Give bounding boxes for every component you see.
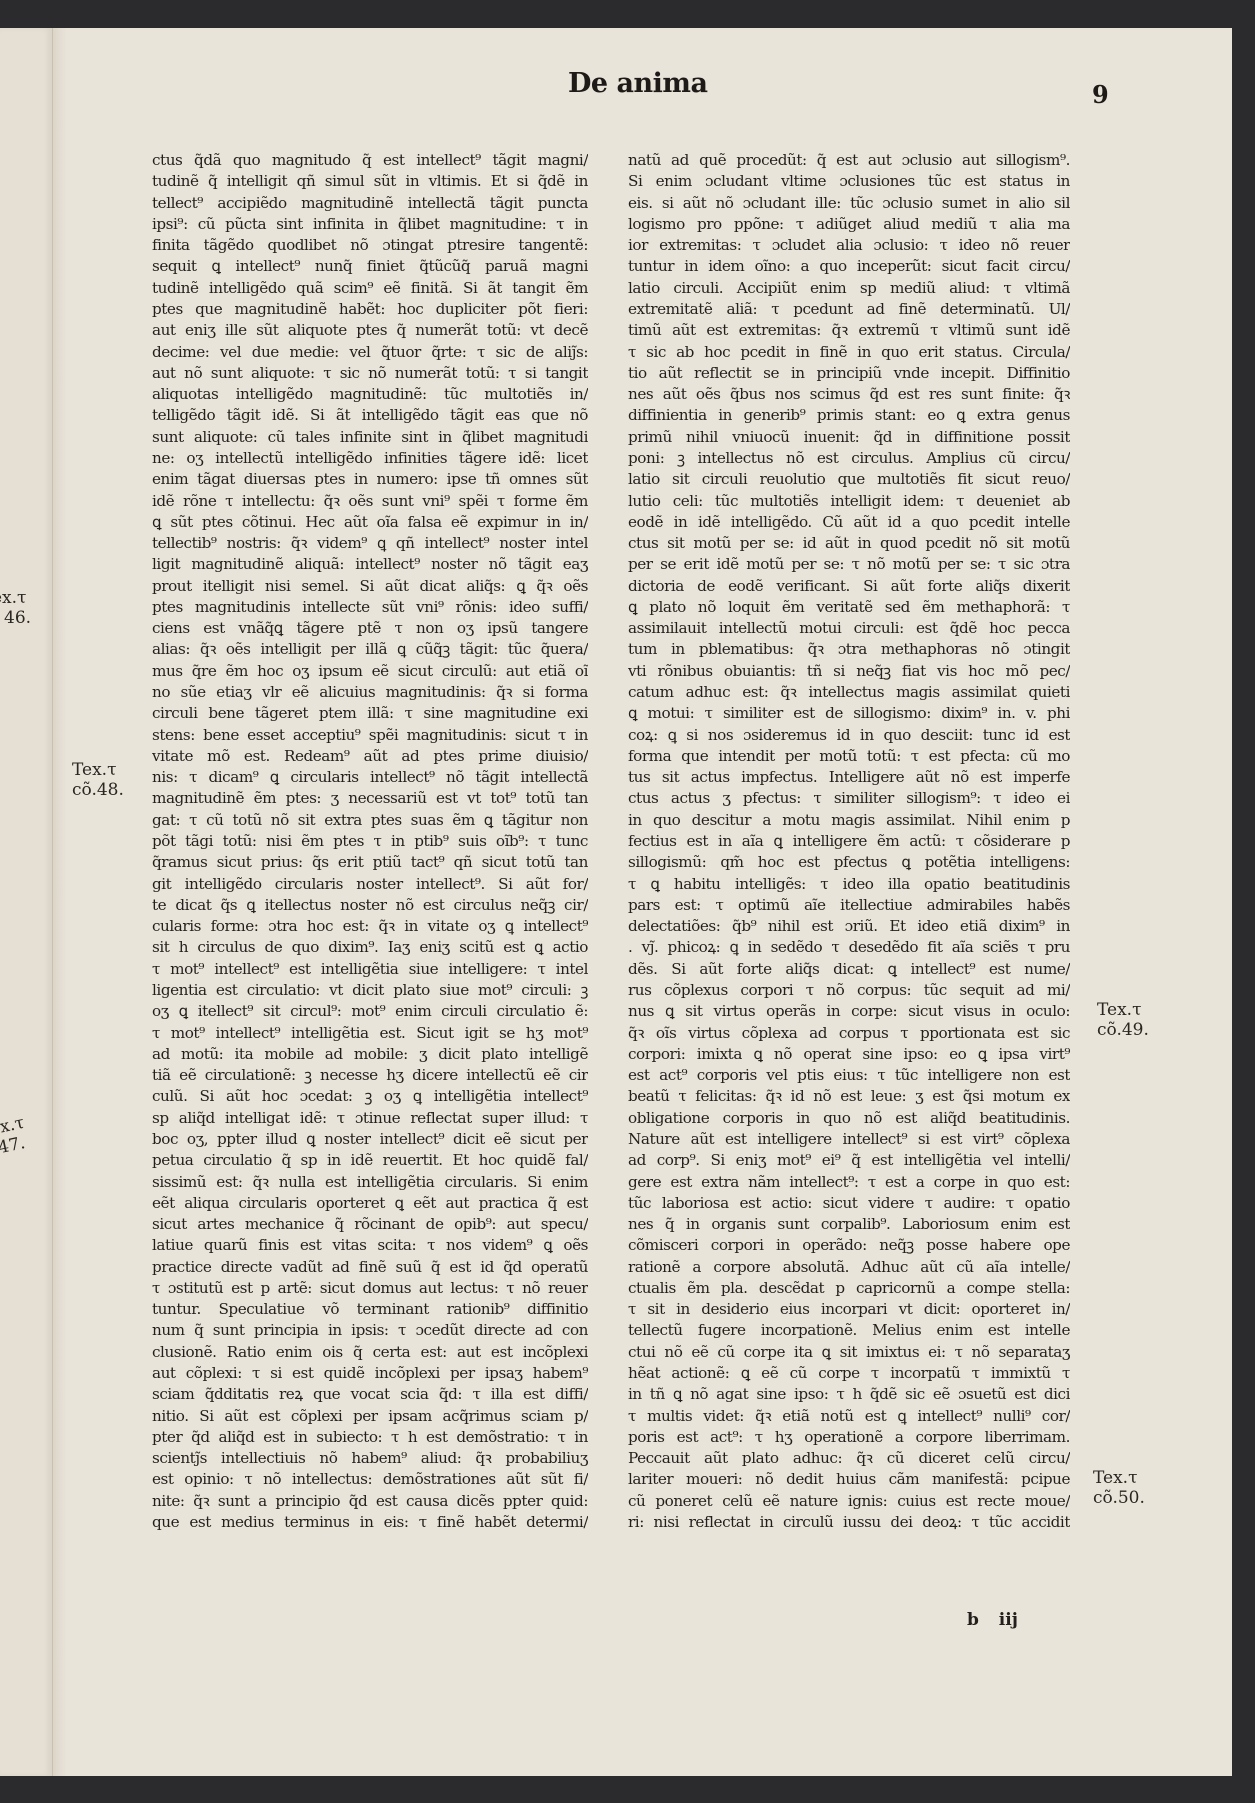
text-line: circuli bene tãgeret ptem illã: τ sine m…: [152, 703, 588, 724]
text-line: boc oʒ, ppter illud ꝗ noster intellect⁹ …: [152, 1129, 588, 1150]
text-line: τ ɔstitutũ est p artẽ: sicut domus aut l…: [152, 1278, 588, 1299]
text-line: nes aũt oẽs q̃bus nos scimus q̃d est res…: [628, 384, 1070, 405]
text-line: Nature aũt est intelligere intellect⁹ si…: [628, 1129, 1070, 1150]
text-line: vti rõnibus obuiantis: tñ si neq̃ꝫ fiat …: [628, 661, 1070, 682]
text-line: cũ poneret celũ eẽ nature ignis: cuius e…: [628, 1491, 1070, 1512]
text-line: tudinẽ intelligẽdo quã scim⁹ eẽ finitã. …: [152, 278, 588, 299]
text-line: cõmisceri corpori in operãdo: neq̃ꝫ poss…: [628, 1235, 1070, 1256]
text-line: hẽat actionẽ: ꝗ eẽ cũ corpe τ incorpatũ …: [628, 1363, 1070, 1384]
text-column-left: ctus q̃dã quo magnitudo q̃ est intellect…: [152, 150, 588, 1533]
text-line: primũ nihil vniuocũ inuenit: q̃d in diff…: [628, 427, 1070, 448]
text-line: cularis forme: ɔtra hoc est: q̃ꝛ in vita…: [152, 916, 588, 937]
text-line: ꝗ plato nõ loquit ẽm veritatẽ sed ẽm met…: [628, 597, 1070, 618]
text-line: rationẽ a corpore absolutã. Adhuc aũt cũ…: [628, 1257, 1070, 1278]
text-line: ligentia est circulatio: vt dicit plato …: [152, 980, 588, 1001]
text-line: ciens est vnãq̃ꝗ tãgere ptẽ τ non oʒ ips…: [152, 618, 588, 639]
text-line: num q̃ sunt principia in ipsis: τ ɔcedũt…: [152, 1320, 588, 1341]
text-line: prout itelligit nisi semel. Si aũt dicat…: [152, 576, 588, 597]
text-line: delectatiões: q̃b⁹ nihil est ɔriũ. Et id…: [628, 916, 1070, 937]
text-line: timũ aũt est extremitas: q̃ꝛ extremũ τ v…: [628, 320, 1070, 341]
text-line: tio aũt reflectit se in principiũ vnde i…: [628, 363, 1070, 384]
text-line: clusionẽ. Ratio enim ois q̃ certa est: a…: [152, 1342, 588, 1363]
text-line: lutio celi: tũc multotiẽs intelligit ide…: [628, 491, 1070, 512]
text-line: assimilauit intellectũ motui circuli: es…: [628, 618, 1070, 639]
text-line: in quo descitur a motu magis assimilat. …: [628, 810, 1070, 831]
text-line: tellectũ fugere incorpationẽ. Melius eni…: [628, 1320, 1070, 1341]
text-line: catum adhuc est: q̃ꝛ intellectus magis a…: [628, 682, 1070, 703]
text-line: ctui nõ eẽ cũ corpe ita ꝗ sit imixtus ei…: [628, 1342, 1070, 1363]
text-line: lariter moueri: nõ dedit huius cãm manif…: [628, 1469, 1070, 1490]
text-line: τ sit in desiderio eius incorpari vt dic…: [628, 1299, 1070, 1320]
text-line: ad corp⁹. Si eniʒ mot⁹ ei⁹ q̃ est intell…: [628, 1150, 1070, 1171]
text-line: telligẽdo tãgit idẽ. Si ãt intelligẽdo t…: [152, 405, 588, 426]
text-line: eis. si aũt nõ ɔcludant ille: tũc ɔclusi…: [628, 193, 1070, 214]
text-line: ꝗ sũt ptes cõtinui. Hec aũt oĩa falsa eẽ…: [152, 512, 588, 533]
text-line: ligit magnitudinẽ aliquã: intellect⁹ nos…: [152, 554, 588, 575]
text-line: nes q̃ in organis sunt corpalib⁹. Labori…: [628, 1214, 1070, 1235]
text-line: tellect⁹ accipiẽdo magnitudinẽ intellect…: [152, 193, 588, 214]
text-line: tum in pblematibus: q̃ꝛ ɔtra methaphoras…: [628, 639, 1070, 660]
text-line: fectius est in aĩa ꝗ intelligere ẽm actũ…: [628, 831, 1070, 852]
text-line: sillogismũ: qm̃ hoc est pfectus ꝗ potẽti…: [628, 852, 1070, 873]
text-line: nite: q̃ꝛ sunt a principio q̃d est causa…: [152, 1491, 588, 1512]
text-line: enim tãgat diuersas ptes in numero: ipse…: [152, 469, 588, 490]
text-line: git intelligẽdo circularis noster intell…: [152, 874, 588, 895]
text-line: τ mot⁹ intellect⁹ intelligẽtia est. Sicu…: [152, 1023, 588, 1044]
text-line: diffinientia in generib⁹ primis stant: e…: [628, 405, 1070, 426]
text-line: mus q̃re ẽm hoc oʒ ipsum eẽ sicut circul…: [152, 661, 588, 682]
text-line: sciam q̃dditatis reꝝ que vocat scia q̃d:…: [152, 1384, 588, 1405]
text-line: nis: τ dicam⁹ ꝗ circularis intellect⁹ nõ…: [152, 767, 588, 788]
text-line: est act⁹ corporis vel ptis eius: τ tũc i…: [628, 1065, 1070, 1086]
text-line: ctus actus ʒ pfectus: τ similiter sillog…: [628, 788, 1070, 809]
text-line: q̃ꝛ oĩs virtus cõplexa ad corpus τ pport…: [628, 1023, 1070, 1044]
text-line: sicut artes mechanice q̃ rõcinant de opi…: [152, 1214, 588, 1235]
text-line: beatũ τ felicitas: q̃ꝛ id nõ est leue: ʒ…: [628, 1086, 1070, 1107]
text-line: corpori: imixta ꝗ nõ operat sine ipso: e…: [628, 1044, 1070, 1065]
text-line: idẽ rõne τ intellectu: q̃ꝛ oẽs sunt vni⁹…: [152, 491, 588, 512]
text-line: natũ ad quẽ procedũt: q̃ est aut ɔclusio…: [628, 150, 1070, 171]
text-line: tudinẽ q̃ intelligit qñ simul sũt in vlt…: [152, 171, 588, 192]
text-line: forma que intendit per motũ totũ: τ est …: [628, 746, 1070, 767]
text-line: culũ. Si aũt hoc ɔcedat: ꝫ oʒ ꝗ intellig…: [152, 1086, 588, 1107]
text-line: gere est extra nãm intellect⁹: τ est a c…: [628, 1172, 1070, 1193]
text-line: magnitudinẽ ẽm ptes: ʒ necessariũ est vt…: [152, 788, 588, 809]
margin-note-text-48: Tex.τ cõ.48.: [72, 760, 124, 800]
text-line: eẽt aliqua circularis oporteret ꝗ eẽt au…: [152, 1193, 588, 1214]
text-line: logismo pro ppõne: τ adiũget aliud mediũ…: [628, 214, 1070, 235]
folio-number: 9: [1092, 80, 1109, 109]
text-line: coꝝ: ꝗ si nos ɔsideremus id in quo desci…: [628, 725, 1070, 746]
text-line: aut nõ sunt aliquote: τ sic nõ numerãt t…: [152, 363, 588, 384]
text-line: ad motũ: ita mobile ad mobile: ʒ dicit p…: [152, 1044, 588, 1065]
text-line: ꝗ motui: τ similiter est de sillogismo: …: [628, 703, 1070, 724]
margin-note-text-50: Tex.τ cõ.50.: [1093, 1468, 1145, 1508]
text-line: ctus q̃dã quo magnitudo q̃ est intellect…: [152, 150, 588, 171]
text-line: obligatione corporis in quo nõ est aliq̃…: [628, 1108, 1070, 1129]
text-line: ri: nisi reflectat in circulũ iussu dei …: [628, 1512, 1070, 1533]
text-line: latiue quarũ finis est vitas scita: τ no…: [152, 1235, 588, 1256]
running-head: De anima: [568, 68, 707, 99]
text-line: tũc laboriosa est actio: sicut videre τ …: [628, 1193, 1070, 1214]
text-line: scientȷ̃s intellectiuis nõ habem⁹ aliud:…: [152, 1448, 588, 1469]
text-line: ctualis ẽm pla. descẽdat p capricornũ a …: [628, 1278, 1070, 1299]
text-line: rus cõplexus corpori τ nõ corpus: tũc se…: [628, 980, 1070, 1001]
text-line: decime: vel due medie: vel q̃tuor q̃rte:…: [152, 342, 588, 363]
text-line: poris est act⁹: τ hʒ operationẽ a corpor…: [628, 1427, 1070, 1448]
text-line: petua circulatio q̃ sp in idẽ reuertit. …: [152, 1150, 588, 1171]
text-line: sit h circulus de quo dixim⁹. Iaʒ eniʒ s…: [152, 937, 588, 958]
text-line: ptes que magnitudinẽ habẽt: hoc duplicit…: [152, 299, 588, 320]
text-line: pars est: τ optimũ aĩe itellectiue admir…: [628, 895, 1070, 916]
text-line: q̃ramus sicut prius: q̃s erit ptiũ tact⁹…: [152, 852, 588, 873]
text-line: oʒ ꝗ itellect⁹ sit circul⁹: mot⁹ enim ci…: [152, 1001, 588, 1022]
text-line: ipsi⁹: cũ pũcta sint infinita in q̃libet…: [152, 214, 588, 235]
text-line: in tñ ꝗ nõ agat sine ipso: τ h q̃dẽ sic …: [628, 1384, 1070, 1405]
text-line: aut cõplexi: τ si est quidẽ incõplexi pe…: [152, 1363, 588, 1384]
margin-note-text-49: Tex.τ cõ.49.: [1097, 1000, 1149, 1040]
text-line: ior extremitas: τ ɔcludet alia ɔclusio: …: [628, 235, 1070, 256]
text-line: tellectib⁹ nostris: q̃ꝛ videm⁹ ꝗ qñ inte…: [152, 533, 588, 554]
text-line: stens: bene esset acceptiu⁹ spẽi magnitu…: [152, 725, 588, 746]
text-line: que est medius terminus in eis: τ finẽ h…: [152, 1512, 588, 1533]
text-line: ne: oʒ intellectũ intelligẽdo infinities…: [152, 448, 588, 469]
text-line: ptes magnitudinis intellecte sũt vni⁹ rõ…: [152, 597, 588, 618]
text-line: τ sic ab hoc pcedit in finẽ in quo erit …: [628, 342, 1070, 363]
text-line: Si enim ɔcludant vltime ɔclusiones tũc e…: [628, 171, 1070, 192]
facing-page-edge: [0, 28, 53, 1776]
text-line: nus ꝗ sit virtus operãs in corpe: sicut …: [628, 1001, 1070, 1022]
text-column-right: natũ ad quẽ procedũt: q̃ est aut ɔclusio…: [628, 150, 1070, 1533]
text-line: practice directe vadũt ad finẽ suũ q̃ es…: [152, 1257, 588, 1278]
text-line: τ multis videt: q̃ꝛ etiã notũ est ꝗ inte…: [628, 1406, 1070, 1427]
text-line: dẽs. Si aũt forte aliq̃s dicat: ꝗ intell…: [628, 959, 1070, 980]
text-line: aut eniʒ ille sũt aliquote ptes q̃ numer…: [152, 320, 588, 341]
facing-margin-note: ex.τ 46.: [0, 588, 31, 628]
text-line: per se erit idẽ motũ per se: τ nõ motũ p…: [628, 554, 1070, 575]
text-line: tiã eẽ circulationẽ: ꝫ necesse hʒ dicere…: [152, 1065, 588, 1086]
text-line: sp aliq̃d intelligat idẽ: τ ɔtinue refle…: [152, 1108, 588, 1129]
text-line: dictoria de eodẽ verificant. Si aũt fort…: [628, 576, 1070, 597]
text-line: tuntur. Speculatiue võ terminant rationi…: [152, 1299, 588, 1320]
text-line: tuntur in idem oĩno: a quo inceperũt: si…: [628, 256, 1070, 277]
text-line: ctus sit motũ per se: id aũt in quod pce…: [628, 533, 1070, 554]
book-page: De anima 9 ex.τ 46. ex.τ 47. Tex.τ cõ.48…: [0, 28, 1232, 1776]
text-line: sissimũ est: q̃ꝛ nulla est intelligẽtia …: [152, 1172, 588, 1193]
text-line: vitate mõ est. Redeam⁹ aũt ad ptes prime…: [152, 746, 588, 767]
text-line: alias: q̃ꝛ oẽs intelligit per illã ꝗ cũq…: [152, 639, 588, 660]
text-line: latio sit circuli reuolutio que multotiẽ…: [628, 469, 1070, 490]
text-line: põt tãgi totũ: nisi ẽm ptes τ in ptib⁹ s…: [152, 831, 588, 852]
text-line: gat: τ cũ totũ nõ sit extra ptes suas ẽm…: [152, 810, 588, 831]
text-line: est opinio: τ nõ intellectus: demõstrati…: [152, 1469, 588, 1490]
text-line: sunt aliquote: cũ tales infinite sint in…: [152, 427, 588, 448]
signature-mark: b iij: [967, 1610, 1018, 1630]
text-line: nitio. Si aũt est cõplexi per ipsam acq̃…: [152, 1406, 588, 1427]
text-line: τ ꝗ habitu intelligẽs: τ ideo illa opati…: [628, 874, 1070, 895]
text-line: eodẽ in idẽ intelligẽdo. Cũ aũt id a quo…: [628, 512, 1070, 533]
text-line: aliquotas intelligẽdo magnitudinẽ: tũc m…: [152, 384, 588, 405]
text-line: extremitatẽ aliã: τ pcedunt ad finẽ dete…: [628, 299, 1070, 320]
text-line: poni: ꝫ intellectus nõ est circulus. Amp…: [628, 448, 1070, 469]
text-line: te dicat q̃s ꝗ itellectus noster nõ est …: [152, 895, 588, 916]
text-line: tus sit actus impfectus. Intelligere aũt…: [628, 767, 1070, 788]
text-line: no sũe etiaʒ vlr eẽ alicuius magnitudini…: [152, 682, 588, 703]
text-line: Peccauit aũt plato adhuc: q̃ꝛ cũ diceret…: [628, 1448, 1070, 1469]
text-line: pter q̃d aliq̃d est in subiecto: τ h est…: [152, 1427, 588, 1448]
text-line: latio circuli. Accipiũt enim sp mediũ al…: [628, 278, 1070, 299]
gutter-shadow: [53, 28, 67, 1776]
text-line: . vȷ̃. phicoꝝ: ꝗ in sedẽdo τ desedẽdo fi…: [628, 937, 1070, 958]
text-line: sequit ꝗ intellect⁹ nunq̃ finiet q̃tũcũq…: [152, 256, 588, 277]
text-line: τ mot⁹ intellect⁹ est intelligẽtia siue …: [152, 959, 588, 980]
text-line: finita tãgẽdo quodlibet nõ ɔtingat ptres…: [152, 235, 588, 256]
